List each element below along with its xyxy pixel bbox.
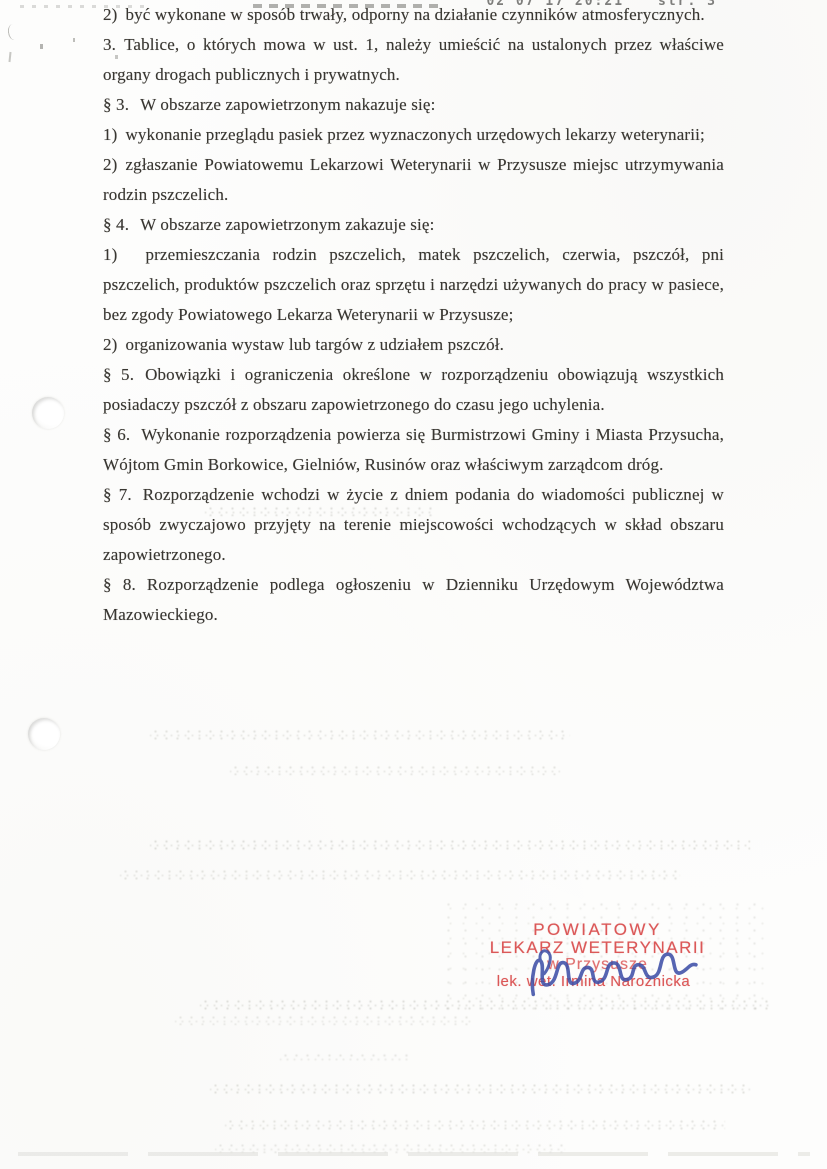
punch-hole xyxy=(28,718,60,750)
scan-noise xyxy=(150,838,750,851)
paragraph-text: organizowania wystaw lub targów z udział… xyxy=(125,335,504,354)
paragraph-par-7: § 7.Rozporządzenie wchodzi w życie z dni… xyxy=(103,480,724,570)
paragraph-par-3: § 3.W obszarze zapowietrzonym nakazuje s… xyxy=(103,90,724,120)
section-marker: § 6. xyxy=(103,425,130,444)
scanned-document-page: 02 07 17 20:21str. 3 2)być wykonane w sp… xyxy=(0,0,827,1169)
paragraph-text: zgłaszanie Powiatowemu Lekarzowi Weteryn… xyxy=(103,155,724,204)
handwritten-signature-ink xyxy=(524,931,705,1004)
paragraph-marker: 3. xyxy=(103,35,116,54)
section-marker: § 4. xyxy=(103,215,129,234)
scan-noise xyxy=(225,1118,725,1131)
paragraph-par-4: § 4.W obszarze zapowietrzonym zakazuje s… xyxy=(103,210,724,240)
paragraph-marker: 2) xyxy=(103,155,117,174)
section-marker: § 8. xyxy=(103,575,136,594)
scan-speck xyxy=(73,38,75,42)
paragraph-marker: 2) xyxy=(103,5,117,24)
page-bottom-edge xyxy=(18,1152,810,1156)
paragraph-3-item-2: 2)zgłaszanie Powiatowemu Lekarzowi Weter… xyxy=(103,150,724,210)
paragraph-text: W obszarze zapowietrzonym zakazuje się: xyxy=(140,215,434,234)
scan-speck xyxy=(8,52,11,62)
paragraph-3-item-1: 1)wykonanie przeglądu pasiek przez wyzna… xyxy=(103,120,724,150)
paragraph-text: być wykonane w sposób trwały, odporny na… xyxy=(125,5,704,24)
scan-noise xyxy=(205,505,435,516)
paragraph-text: przemieszczania rodzin pszczelich, matek… xyxy=(103,245,724,324)
paragraph-4-item-2: 2)organizowania wystaw lub targów z udzi… xyxy=(103,330,724,360)
paragraph-par-8: § 8.Rozporządzenie podlega ogłoszeniu w … xyxy=(103,570,724,630)
scan-noise xyxy=(150,728,570,740)
paragraph-text: Rozporządzenie wchodzi w życie z dniem p… xyxy=(103,485,724,564)
paragraph-text: W obszarze zapowietrzonym nakazuje się: xyxy=(140,95,435,114)
document-text-column: 2)być wykonane w sposób trwały, odporny … xyxy=(103,0,724,630)
scan-noise xyxy=(200,998,770,1011)
punch-hole xyxy=(32,397,64,429)
paragraph-marker: 1) xyxy=(103,125,117,144)
scan-noise xyxy=(280,1052,410,1061)
paragraph-2-item: 2)być wykonane w sposób trwały, odporny … xyxy=(103,0,724,30)
section-marker: § 3. xyxy=(103,95,129,114)
scan-noise xyxy=(175,1014,475,1025)
scan-speck xyxy=(40,44,43,49)
paragraph-text: Tablice, o których mowa w ust. 1, należy… xyxy=(103,35,724,84)
paragraph-text: Obowiązki i ograniczenia określone w roz… xyxy=(103,365,724,414)
paragraph-marker: 1) xyxy=(103,245,117,264)
paragraph-marker: 2) xyxy=(103,335,117,354)
section-marker: § 7. xyxy=(103,485,132,504)
scan-noise xyxy=(230,764,560,775)
section-marker: § 5. xyxy=(103,365,134,384)
paragraph-text: Wykonanie rozporządzenia powierza się Bu… xyxy=(103,425,724,474)
paragraph-par-5: § 5.Obowiązki i ograniczenia określone w… xyxy=(103,360,724,420)
paragraph-text: Rozporządzenie podlega ogłoszeniu w Dzie… xyxy=(103,575,724,624)
paragraph-ust-3: 3.Tablice, o których mowa w ust. 1, nale… xyxy=(103,30,724,90)
scan-noise xyxy=(120,868,680,881)
paragraph-par-6: § 6.Wykonanie rozporządzenia powierza si… xyxy=(103,420,724,480)
scan-noise xyxy=(210,1082,750,1096)
paragraph-text: wykonanie przeglądu pasiek przez wyznacz… xyxy=(125,125,704,144)
paragraph-4-item-1: 1)przemieszczania rodzin pszczelich, mat… xyxy=(103,240,724,330)
scan-speck xyxy=(7,23,20,40)
